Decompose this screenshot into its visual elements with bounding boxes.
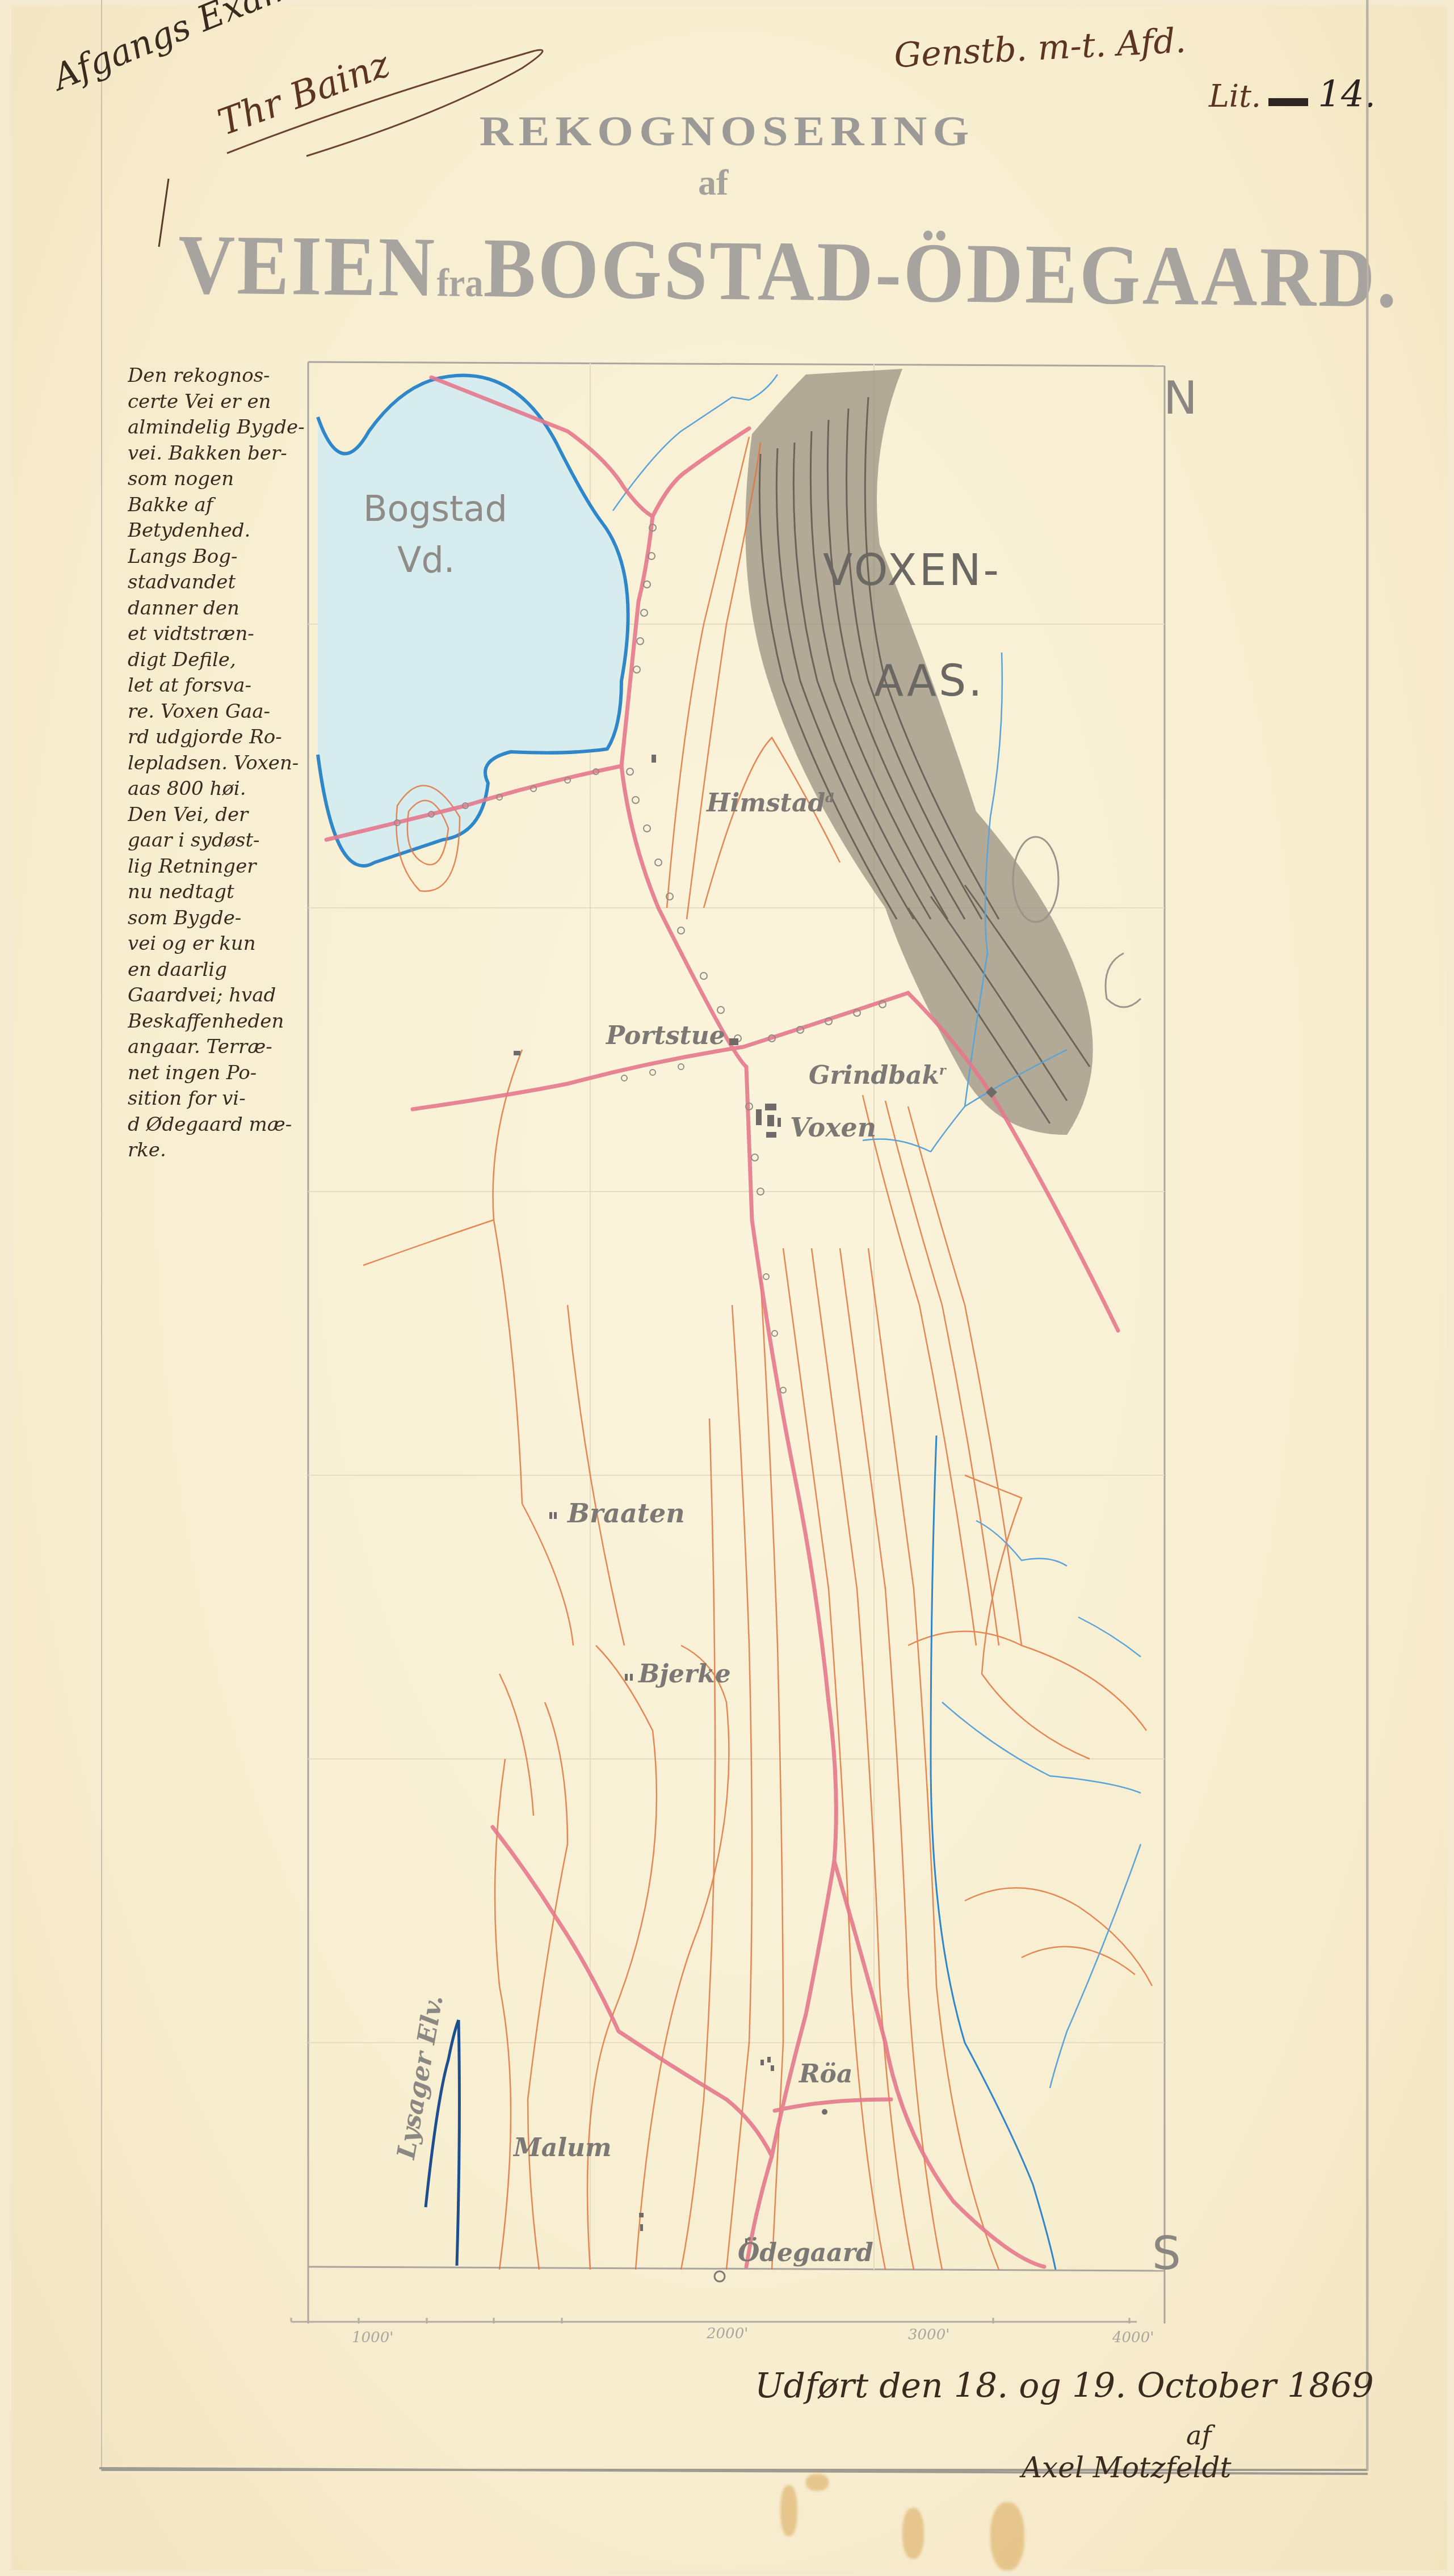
place-name: Bjerke — [638, 1660, 731, 1689]
lake-label-line1: Bogstad — [363, 488, 507, 529]
place-himstad: Himstadd — [707, 789, 834, 818]
foxing-stain — [806, 2474, 829, 2491]
main-brook — [931, 1436, 1056, 2270]
map-drawing — [0, 0, 1454, 2576]
ridge-label-line1: VOXEN- — [823, 545, 1001, 595]
place-suffix: d — [825, 791, 834, 806]
foxing-stain — [990, 2502, 1024, 2570]
scale-tick-1000: 1000' — [352, 2329, 393, 2346]
bogstad-lake — [318, 376, 628, 866]
foxing-stain — [902, 2508, 924, 2559]
lake-label-line2: Vd. — [397, 539, 455, 580]
place-voxen: Voxen — [790, 1112, 876, 1143]
place-name: Himstad — [707, 789, 825, 818]
place-name: Grindbak — [809, 1061, 939, 1090]
scale-tick-3000: 3000' — [908, 2326, 949, 2343]
road-west-bjerke — [493, 1827, 772, 2156]
place-name: Malum — [514, 2133, 611, 2162]
scale-tick-2000: 2000' — [707, 2325, 748, 2342]
voxenaas-ridge — [745, 369, 1092, 1135]
place-malum: Malum — [514, 2133, 611, 2162]
author-signature: Axel Motzfeldt — [1022, 2451, 1232, 2484]
place-odegaard: Ödegaard — [738, 2238, 873, 2267]
scale-bar — [291, 2318, 1137, 2324]
place-grindbakken: Grindbakr — [809, 1061, 946, 1090]
place-suffix: r — [939, 1063, 946, 1078]
place-portstue: Portstue — [606, 1021, 725, 1050]
place-name: Portstue — [606, 1021, 725, 1050]
by-label: af — [1186, 2420, 1211, 2451]
foxing-stain — [780, 2485, 797, 2536]
place-name: Voxen — [790, 1112, 876, 1143]
place-name: Braaten — [568, 1498, 685, 1529]
south-marker: S — [1152, 2227, 1181, 2280]
place-name: Röa — [799, 2060, 852, 2089]
place-roa: Röa — [799, 2060, 852, 2089]
place-name: Ödegaard — [738, 2238, 873, 2267]
scale-tick-4000: 4000' — [1112, 2329, 1154, 2346]
execution-note: Udført den 18. og 19. October 1869 — [755, 2366, 1374, 2406]
ridge-label-line2: AAS. — [874, 655, 985, 706]
road-roa-east — [834, 1861, 1044, 2267]
north-marker: N — [1163, 372, 1197, 424]
odegaard-marker — [715, 2271, 725, 2282]
road-west-portstue — [413, 993, 908, 1109]
place-bjerke: Bjerke — [638, 1660, 731, 1689]
place-braaten: Braaten — [568, 1498, 685, 1529]
lysager-river-lower — [457, 2020, 459, 2266]
